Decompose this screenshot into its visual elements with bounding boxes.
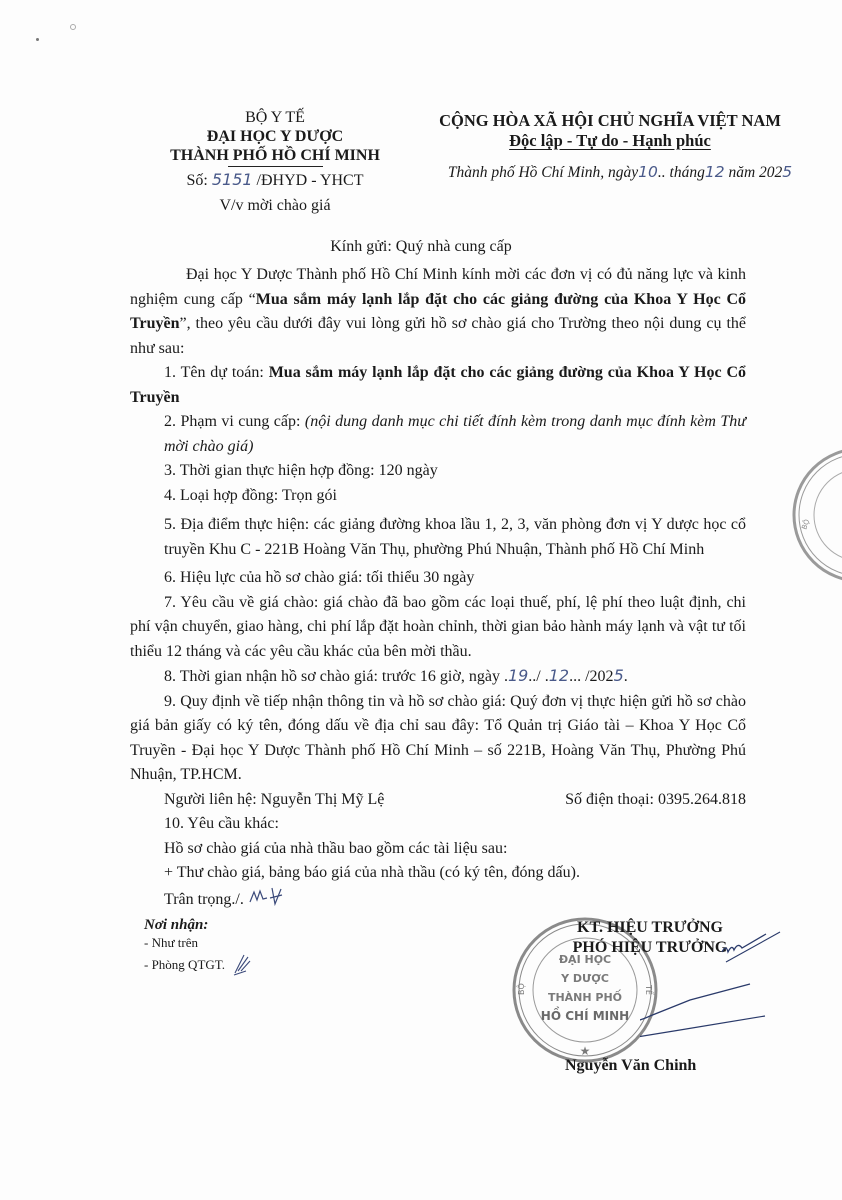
number-suffix: /ĐHYD - YHCT — [257, 172, 364, 189]
item-2: 2. Phạm vi cung cấp: (nội dung danh mục … — [130, 410, 746, 459]
closing: Trân trọng./. — [130, 886, 746, 913]
svg-text:BỘ: BỘ — [515, 983, 526, 995]
university-name-line1: ĐẠI HỌC Y DƯỢC — [140, 127, 410, 146]
item-6: 6. Hiệu lực của hồ sơ chào giá: tối thiể… — [130, 566, 746, 591]
handwritten-year-digit: 5 — [614, 666, 624, 685]
svg-text:HỒ CHÍ MINH: HỒ CHÍ MINH — [541, 1006, 629, 1023]
item-7: 7. Yêu cầu về giá chào: giá chào đã bao … — [130, 591, 746, 665]
contact-row: Người liên hệ: Nguyễn Thị Mỹ Lệ Số điện … — [130, 788, 746, 813]
contact-phone: Số điện thoại: 0395.264.818 — [565, 788, 746, 813]
national-motto: Độc lập - Tự do - Hạnh phúc — [410, 131, 810, 151]
item-10-title: 10. Yêu cầu khác: — [130, 812, 746, 837]
handwritten-number: 5151 — [212, 170, 253, 189]
handwritten-year-digit: 5 — [782, 163, 792, 181]
document-number: Số: 5151 /ĐHYD - YHCT — [140, 170, 410, 190]
svg-text:Y DƯỢC: Y DƯỢC — [560, 972, 609, 985]
national-header: CỘNG HÒA XÃ HỘI CHỦ NGHĨA VIỆT NAM Độc l… — [410, 111, 810, 151]
recipients-block: Nơi nhận: - Như trên - Phòng QTGT. — [144, 917, 254, 977]
item-5: 5. Địa điểm thực hiện: các giảng đường k… — [130, 513, 746, 562]
item-8: 8. Thời gian nhận hồ sơ chào giá: trước … — [130, 664, 746, 690]
letter-body: Đại học Y Dược Thành phố Hồ Chí Minh kín… — [130, 263, 746, 912]
subject-line: V/v mời chào giá — [140, 196, 410, 215]
intro-text-end: ”, theo yêu cầu dưới đây vui lòng gửi hồ… — [130, 315, 746, 357]
greeting: Kính gửi: Quý nhà cung cấp — [0, 238, 842, 256]
header-underline — [228, 166, 323, 167]
recipient-text: - Phòng QTGT. — [144, 957, 225, 972]
contact-person: Người liên hệ: Nguyễn Thị Mỹ Lệ — [164, 788, 384, 813]
handwritten-day: 10 — [638, 163, 658, 181]
recipient-item: - Phòng QTGT. — [144, 951, 254, 977]
number-label: Số: — [186, 172, 207, 189]
recipients-title: Nơi nhận: — [144, 917, 254, 934]
svg-text:★: ★ — [580, 1044, 591, 1058]
handwritten-signature-icon — [640, 920, 790, 1060]
handwritten-month: 12 — [705, 163, 725, 181]
item-end: . — [624, 668, 628, 685]
scan-speck — [70, 24, 76, 30]
signer-name: Nguyễn Văn Chinh — [565, 1057, 696, 1075]
handwritten-deadline-month: 12 — [549, 666, 569, 685]
issuer-block: BỘ Y TẾ ĐẠI HỌC Y DƯỢC THÀNH PHỐ HỒ CHÍ … — [140, 108, 410, 215]
item-4: 4. Loại hợp đồng: Trọn gói — [130, 484, 746, 509]
item-3: 3. Thời gian thực hiện hợp đồng: 120 ngà… — [130, 459, 746, 484]
intro-paragraph: Đại học Y Dược Thành phố Hồ Chí Minh kín… — [130, 263, 746, 361]
month-label: tháng — [670, 164, 705, 181]
date-prefix: Thành phố Hồ Chí Minh, ngày — [448, 164, 638, 181]
date-line: Thành phố Hồ Chí Minh, ngày10.. tháng12 … — [420, 163, 820, 182]
partial-stamp-icon: BỘ — [790, 445, 842, 585]
svg-text:THÀNH PHỐ: THÀNH PHỐ — [548, 989, 622, 1004]
ministry-name: BỘ Y TẾ — [140, 108, 410, 127]
initials-signature-icon — [232, 951, 254, 977]
item-label: 8. Thời gian nhận hồ sơ chào giá: trước … — [164, 668, 504, 685]
item-1: 1. Tên dự toán: Mua sắm máy lạnh lắp đặt… — [130, 361, 746, 410]
handwritten-deadline-day: 19 — [508, 666, 528, 685]
item-10-line2: + Thư chào giá, bảng báo giá của nhà thầ… — [130, 861, 746, 886]
nation-title: CỘNG HÒA XÃ HỘI CHỦ NGHĨA VIỆT NAM — [410, 111, 810, 131]
initials-signature-icon — [248, 886, 284, 908]
item-10-line1: Hồ sơ chào giá của nhà thầu bao gồm các … — [130, 837, 746, 862]
item-label: 1. Tên dự toán: — [164, 364, 269, 381]
svg-text:BỘ: BỘ — [799, 517, 811, 530]
year-prefix: /202 — [585, 668, 613, 685]
recipient-item: - Như trên — [144, 934, 254, 951]
closing-text: Trân trọng./. — [164, 891, 244, 908]
university-name-line2: THÀNH PHỐ HỒ CHÍ MINH — [140, 146, 410, 165]
item-9: 9. Quy định về tiếp nhận thông tin và hồ… — [130, 690, 746, 788]
year-label: năm 202 — [728, 164, 782, 181]
scan-speck — [36, 38, 39, 41]
item-label: 2. Phạm vi cung cấp: — [164, 413, 305, 430]
